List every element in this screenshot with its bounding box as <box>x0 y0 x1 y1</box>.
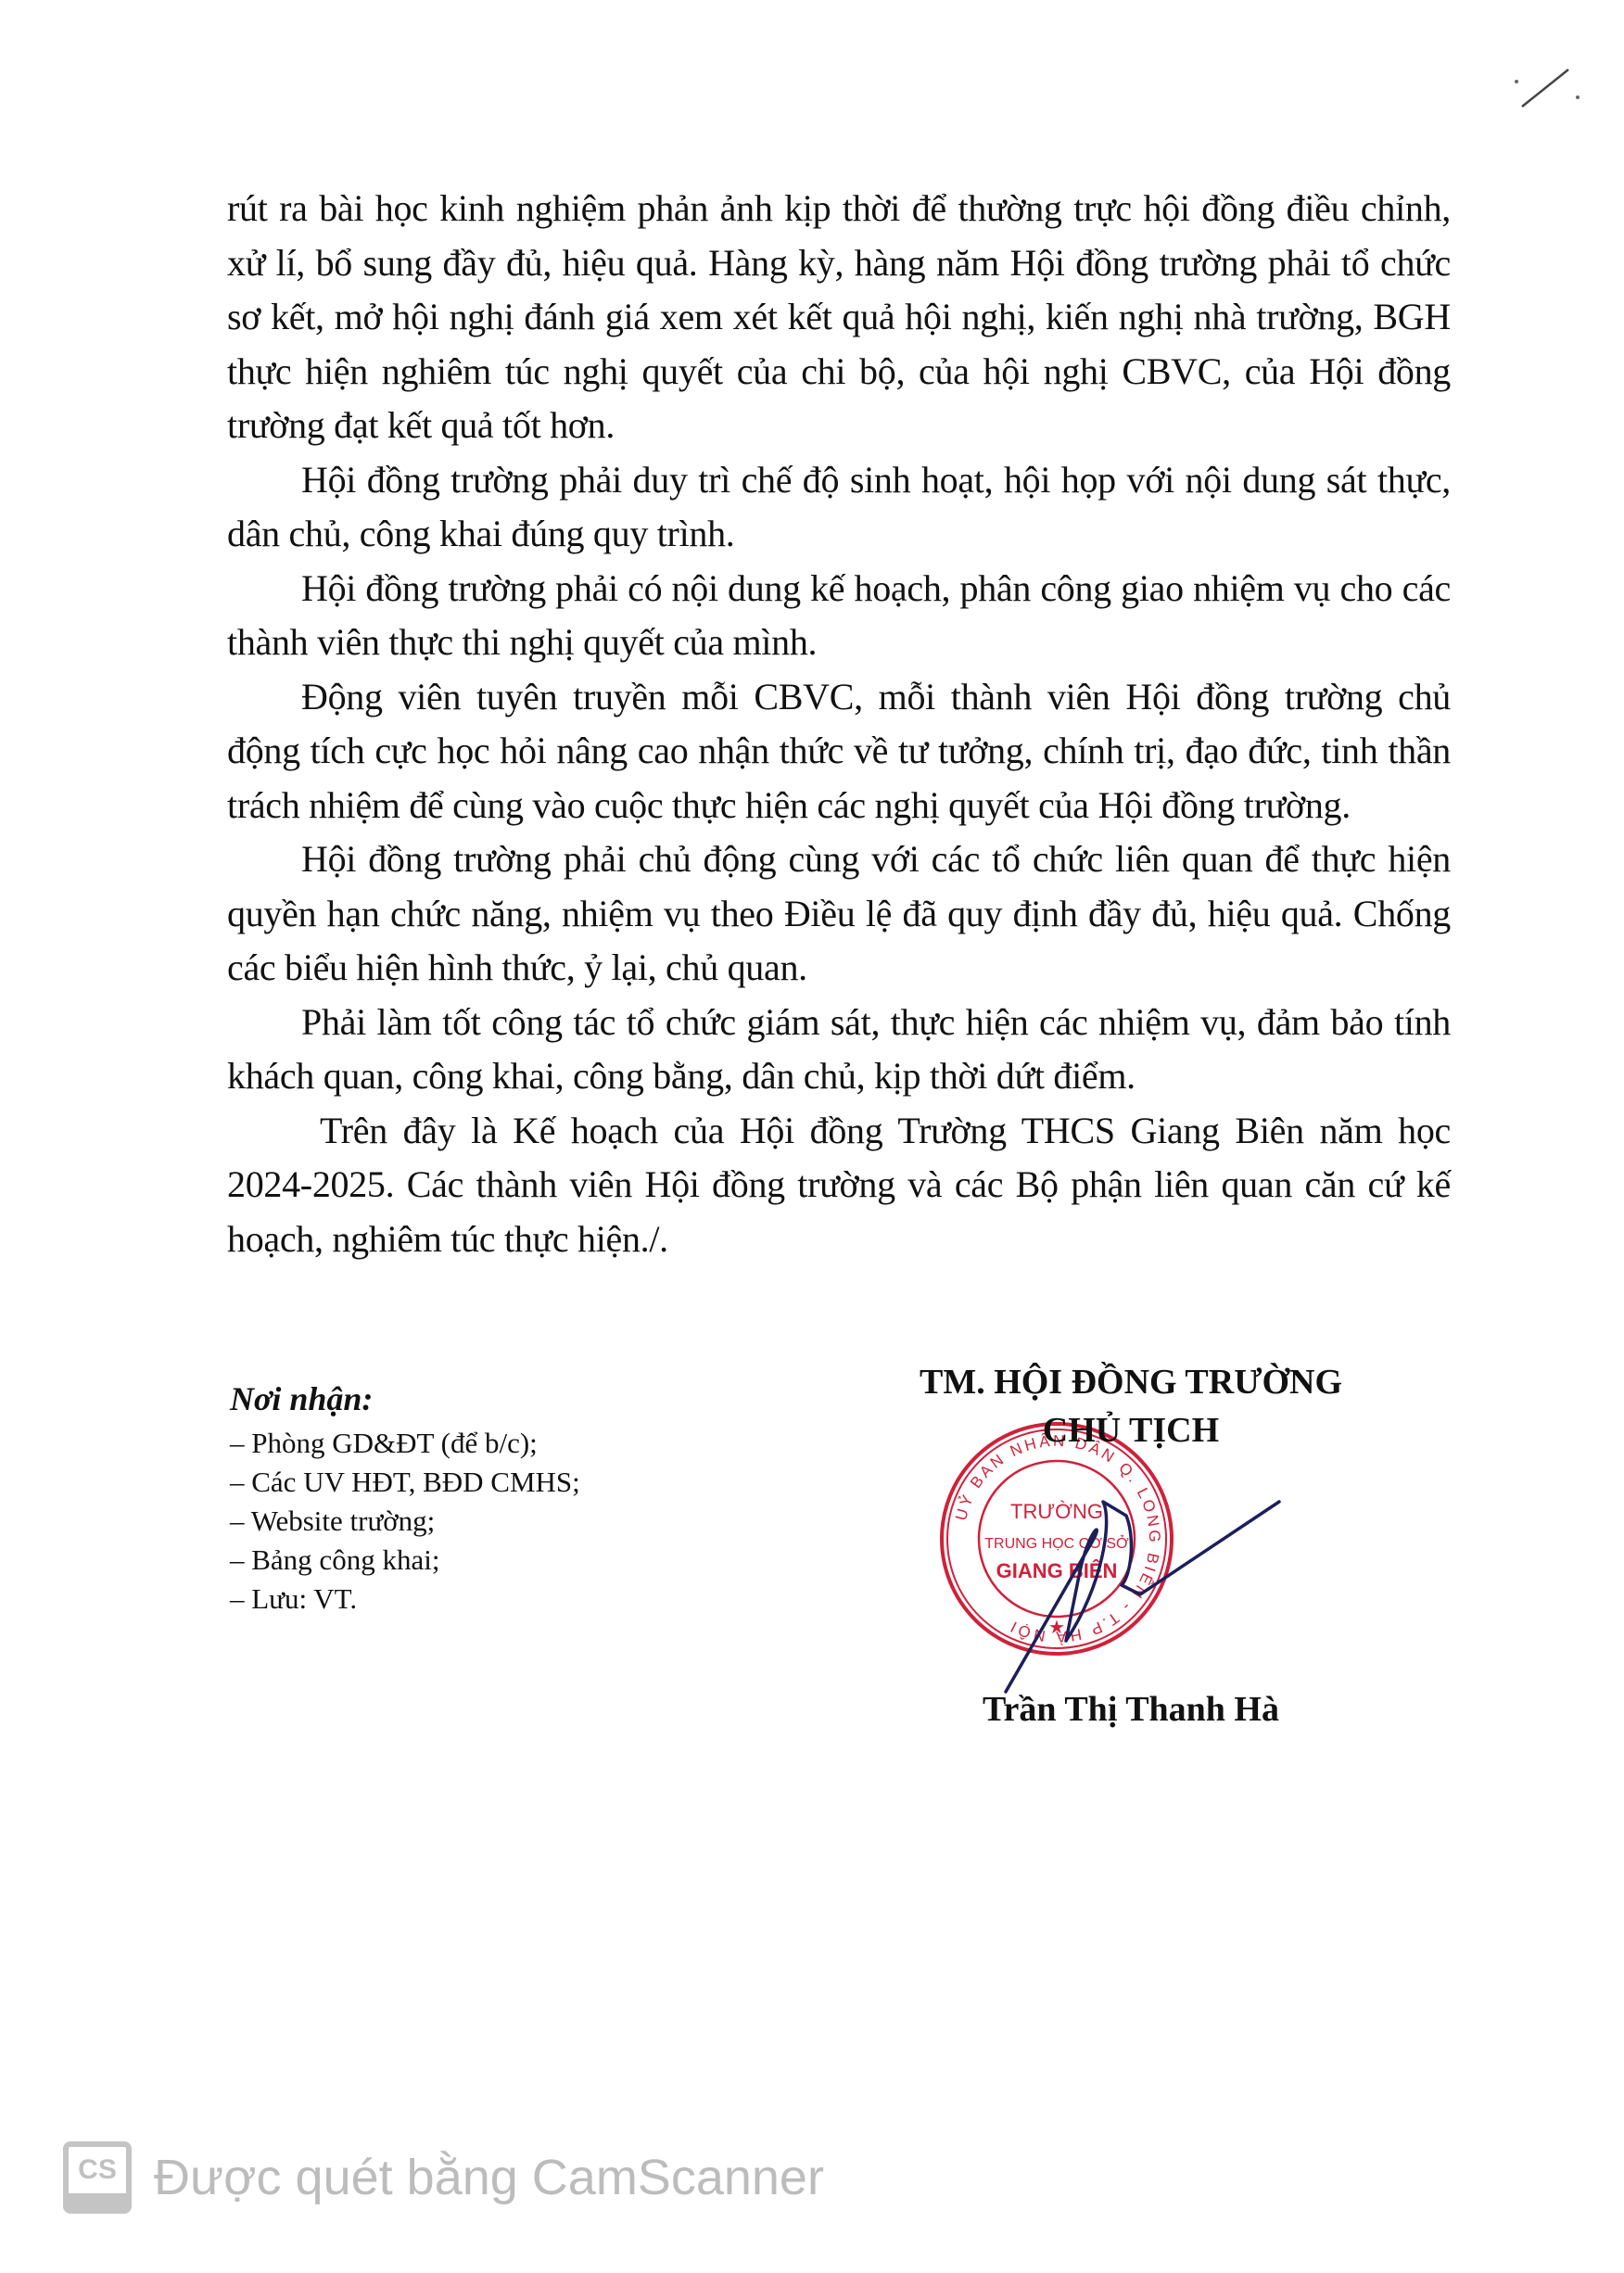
watermark-text: Được quét bằng CamScanner <box>154 2149 824 2206</box>
paragraph: Phải làm tốt công tác tổ chức giám sát, … <box>227 996 1451 1104</box>
recipients-title: Nơi nhận: <box>230 1379 580 1418</box>
handwritten-signature <box>1001 1483 1307 1696</box>
recipient-item: – Lưu: VT. <box>230 1580 580 1619</box>
paragraph: Động viên tuyên truyền mỗi CBVC, mỗi thà… <box>227 670 1451 833</box>
recipient-item: – Website trường; <box>230 1502 580 1541</box>
camscanner-logo-icon: CS <box>63 2141 132 2214</box>
camscanner-watermark: CS Được quét bằng CamScanner <box>63 2141 824 2214</box>
paragraph: Hội đồng trường phải duy trì chế độ sinh… <box>227 453 1451 562</box>
scan-artifact <box>1503 56 1587 121</box>
paragraph: Trên đây là Kế hoạch của Hội đồng Trường… <box>227 1104 1451 1267</box>
paragraph: Hội đồng trường phải chủ động cùng với c… <box>227 832 1451 996</box>
paragraph: rút ra bài học kinh nghiệm phản ảnh kịp … <box>227 182 1451 453</box>
signature-block: TM. HỘI ĐỒNG TRƯỜNG CHỦ TỊCH Trần Thị Th… <box>871 1358 1390 1454</box>
paragraph: Hội đồng trường phải có nội dung kế hoạc… <box>227 562 1451 670</box>
signer-role: CHỦ TỊCH <box>871 1406 1390 1454</box>
signer-organization: TM. HỘI ĐỒNG TRƯỜNG <box>871 1358 1390 1406</box>
document-body: rút ra bài học kinh nghiệm phản ảnh kịp … <box>227 182 1451 1266</box>
recipients-block: Nơi nhận: – Phòng GD&ĐT (để b/c); – Các … <box>230 1379 580 1619</box>
recipient-item: – Các UV HĐT, BĐD CMHS; <box>230 1463 580 1502</box>
recipient-item: – Bảng công khai; <box>230 1541 580 1580</box>
recipient-item: – Phòng GD&ĐT (để b/c); <box>230 1424 580 1463</box>
